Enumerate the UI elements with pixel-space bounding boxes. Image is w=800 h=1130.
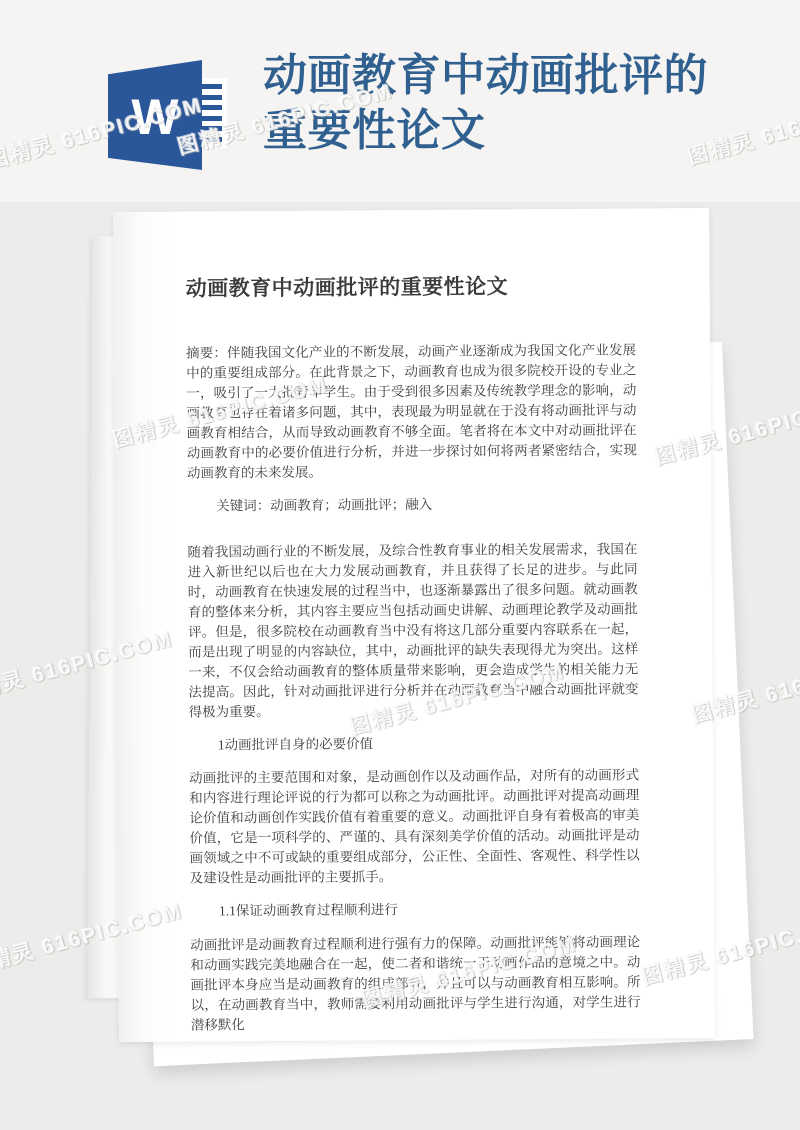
word-icon-letter: W (131, 92, 178, 142)
document-preview-screen: W 动画教育中动画批评的重要性论文 动画教育中动画批评的重要性论文 摘要：伴随我… (0, 0, 800, 1130)
word-icon-flap: W (108, 60, 202, 170)
body-paragraph-3: 动画批评是动画教育过程顺利进行强有力的保障。动画批评能够将动画理论和动画实践完美… (190, 932, 641, 1035)
body-paragraph-1: 随着我国动画行业的不断发展，及综合性教育事业的相关发展需求，我国在进入新世纪以后… (187, 539, 638, 722)
section-heading-1-1: 1.1保证动画教育过程顺利进行 (190, 898, 640, 921)
document-page-preview[interactable]: 动画教育中动画批评的重要性论文 摘要：伴随我国文化产业的不断发展，动画产业逐渐成… (113, 208, 715, 1042)
word-file-icon: W (108, 56, 230, 170)
abstract-paragraph: 摘要：伴随我国文化产业的不断发展，动画产业逐渐成为我国文化产业发展中的重要组成部… (186, 340, 637, 483)
header: W 动画教育中动画批评的重要性论文 (0, 0, 800, 202)
keywords-line: 关键词：动画教育；动画批评；融入 (187, 493, 637, 516)
page-title: 动画教育中动画批评的重要性论文 (263, 48, 733, 158)
section-heading-1: 1动画批评自身的必要价值 (189, 732, 639, 755)
body-paragraph-2: 动画批评的主要范围和对象，是动画创作以及动画作品，对所有的动画形式和内容进行理论… (189, 765, 640, 888)
document-title: 动画教育中动画批评的重要性论文 (186, 270, 636, 303)
